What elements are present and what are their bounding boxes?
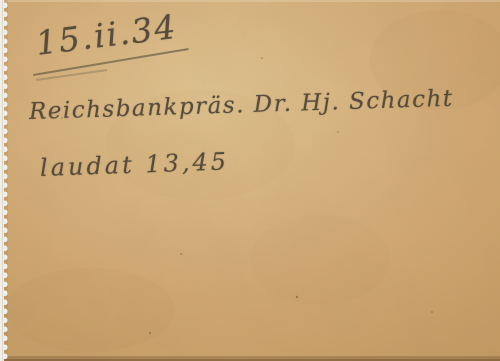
scanned-note-card: 15.ii.34 Reichsbankpräs. Dr. Hj. Schacht… — [0, 0, 500, 361]
